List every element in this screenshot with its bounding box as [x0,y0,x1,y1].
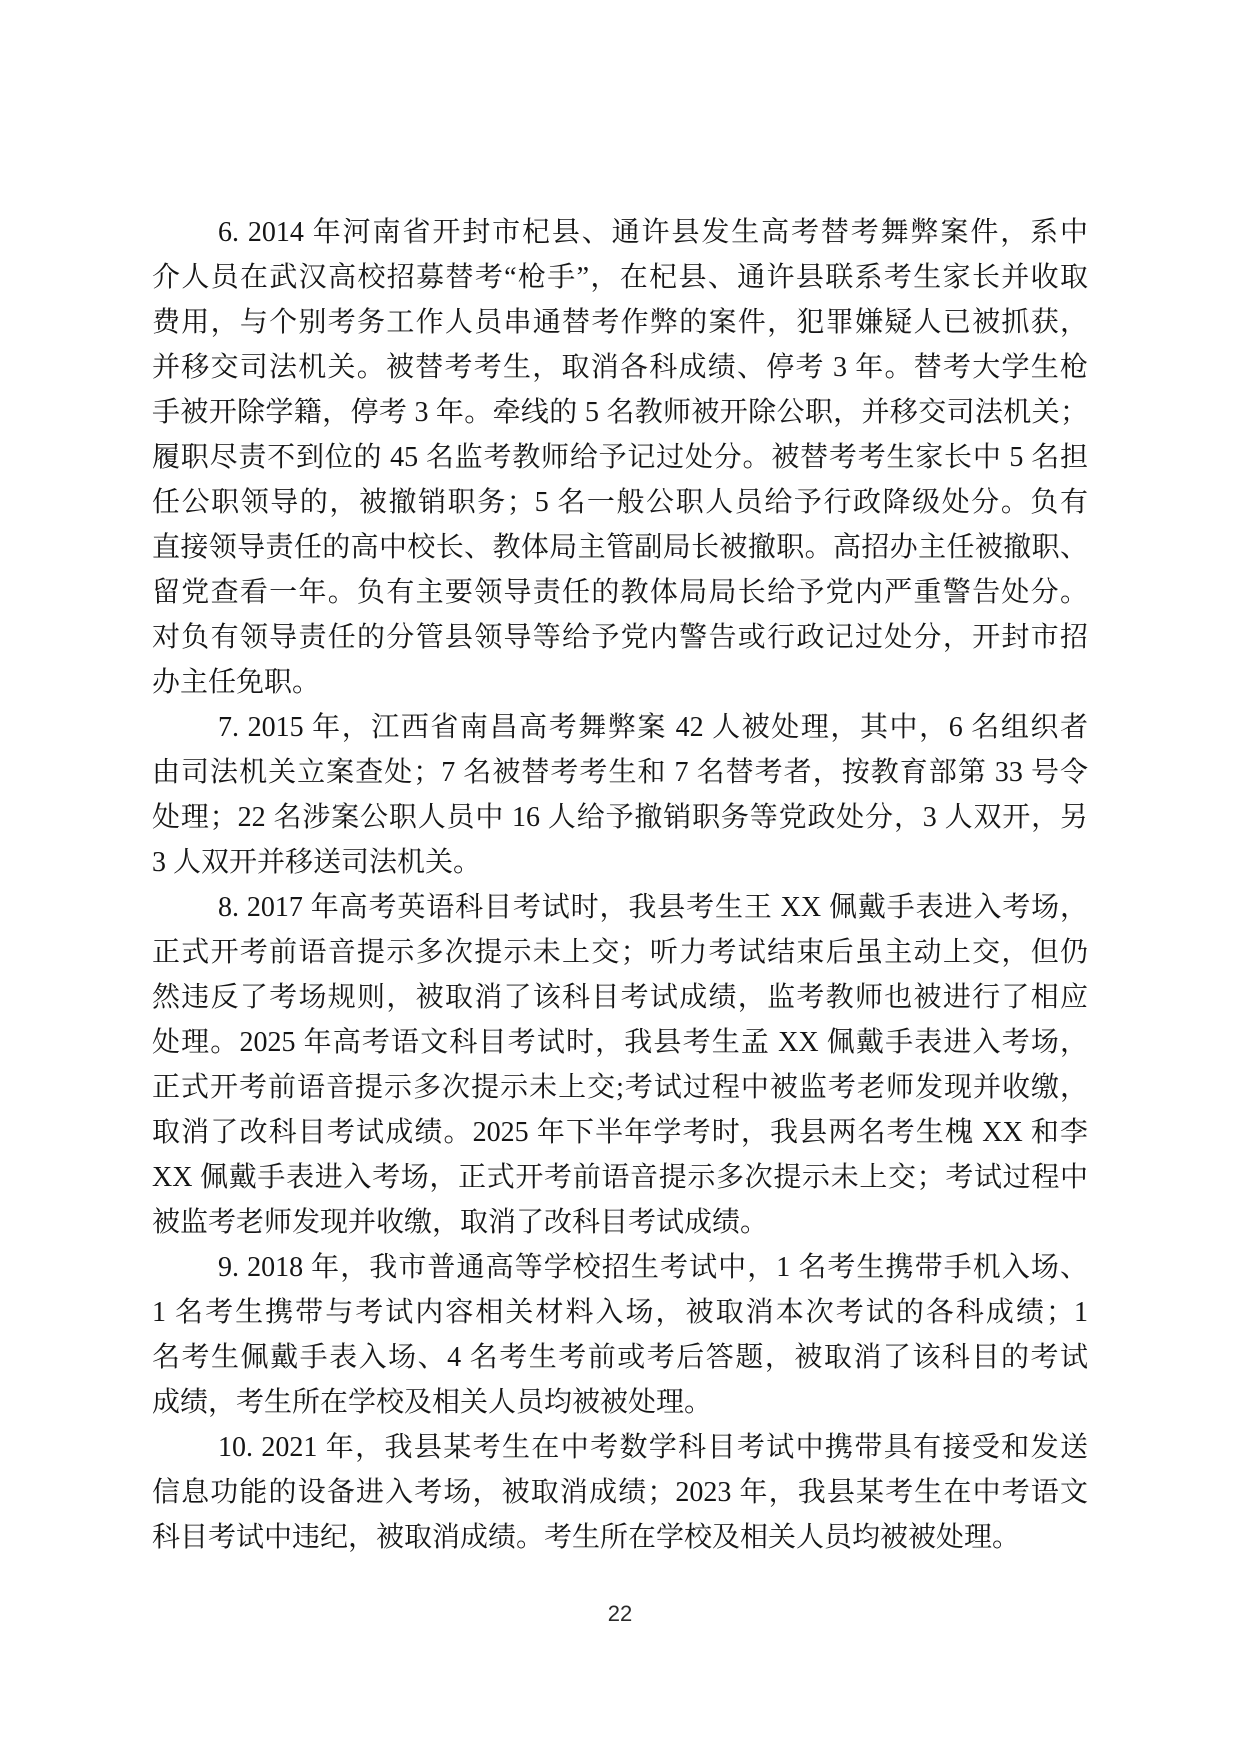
text-line: 处理。2025 年高考语文科目考试时，我县考生孟 XX 佩戴手表进入考场， [152,1020,1088,1065]
text-line: 对负有领导责任的分管县领导等给予党内警告或行政记过处分，开封市招 [152,615,1088,660]
text-line: 信息功能的设备进入考场，被取消成绩；2023 年，我县某考生在中考语文 [152,1470,1088,1515]
document-page: 6. 2014 年河南省开封市杞县、通许县发生高考替考舞弊案件，系中介人员在武汉… [0,0,1240,1753]
text-line: 7. 2015 年，江西省南昌高考舞弊案 42 人被处理，其中，6 名组织者 [152,705,1088,750]
text-line: 被监考老师发现并收缴，取消了改科目考试成绩。 [152,1200,1088,1245]
text-line: 履职尽责不到位的 45 名监考教师给予记过处分。被替考考生家长中 5 名担 [152,435,1088,480]
paragraph: 7. 2015 年，江西省南昌高考舞弊案 42 人被处理，其中，6 名组织者由司… [152,705,1088,885]
text-line: 由司法机关立案查处；7 名被替考考生和 7 名替考者，按教育部第 33 号令 [152,750,1088,795]
text-line: 手被开除学籍，停考 3 年。牵线的 5 名教师被开除公职，并移交司法机关； [152,390,1088,435]
text-line: 介人员在武汉高校招募替考“枪手”，在杞县、通许县联系考生家长并收取 [152,255,1088,300]
text-line: 成绩，考生所在学校及相关人员均被被处理。 [152,1380,1088,1425]
text-line: 6. 2014 年河南省开封市杞县、通许县发生高考替考舞弊案件，系中 [152,210,1088,255]
text-line: 留党查看一年。负有主要领导责任的教体局局长给予党内严重警告处分。 [152,570,1088,615]
text-line: 办主任免职。 [152,660,1088,705]
page-number-footer: 22 [0,1601,1240,1627]
text-line: 取消了改科目考试成绩。2025 年下半年学考时，我县两名考生槐 XX 和李 [152,1110,1088,1155]
text-line: 直接领导责任的高中校长、教体局主管副局长被撤职。高招办主任被撤职、 [152,525,1088,570]
text-line: 处理；22 名涉案公职人员中 16 人给予撤销职务等党政处分，3 人双开，另 [152,795,1088,840]
page-number: 22 [608,1601,632,1626]
paragraph: 6. 2014 年河南省开封市杞县、通许县发生高考替考舞弊案件，系中介人员在武汉… [152,210,1088,705]
text-line: 1 名考生携带与考试内容相关材料入场，被取消本次考试的各科成绩；1 [152,1290,1088,1335]
text-line: 9. 2018 年，我市普通高等学校招生考试中，1 名考生携带手机入场、 [152,1245,1088,1290]
paragraph: 10. 2021 年，我县某考生在中考数学科目考试中携带具有接受和发送信息功能的… [152,1425,1088,1560]
text-line: 费用，与个别考务工作人员串通替考作弊的案件，犯罪嫌疑人已被抓获， [152,300,1088,345]
text-line: 10. 2021 年，我县某考生在中考数学科目考试中携带具有接受和发送 [152,1425,1088,1470]
paragraph: 9. 2018 年，我市普通高等学校招生考试中，1 名考生携带手机入场、1 名考… [152,1245,1088,1425]
text-line: 正式开考前语音提示多次提示未上交；听力考试结束后虽主动上交，但仍 [152,930,1088,975]
text-line: 名考生佩戴手表入场、4 名考生考前或考后答题，被取消了该科目的考试 [152,1335,1088,1380]
text-line: 正式开考前语音提示多次提示未上交;考试过程中被监考老师发现并收缴， [152,1065,1088,1110]
paragraph: 8. 2017 年高考英语科目考试时，我县考生王 XX 佩戴手表进入考场，正式开… [152,885,1088,1245]
text-line: 然违反了考场规则，被取消了该科目考试成绩，监考教师也被进行了相应 [152,975,1088,1020]
text-line: 3 人双开并移送司法机关。 [152,840,1088,885]
text-line: 任公职领导的，被撤销职务；5 名一般公职人员给予行政降级处分。负有 [152,480,1088,525]
document-body: 6. 2014 年河南省开封市杞县、通许县发生高考替考舞弊案件，系中介人员在武汉… [152,210,1088,1560]
text-line: 并移交司法机关。被替考考生，取消各科成绩、停考 3 年。替考大学生枪 [152,345,1088,390]
text-line: 8. 2017 年高考英语科目考试时，我县考生王 XX 佩戴手表进入考场， [152,885,1088,930]
text-line: 科目考试中违纪，被取消成绩。考生所在学校及相关人员均被被处理。 [152,1515,1088,1560]
text-line: XX 佩戴手表进入考场，正式开考前语音提示多次提示未上交；考试过程中 [152,1155,1088,1200]
